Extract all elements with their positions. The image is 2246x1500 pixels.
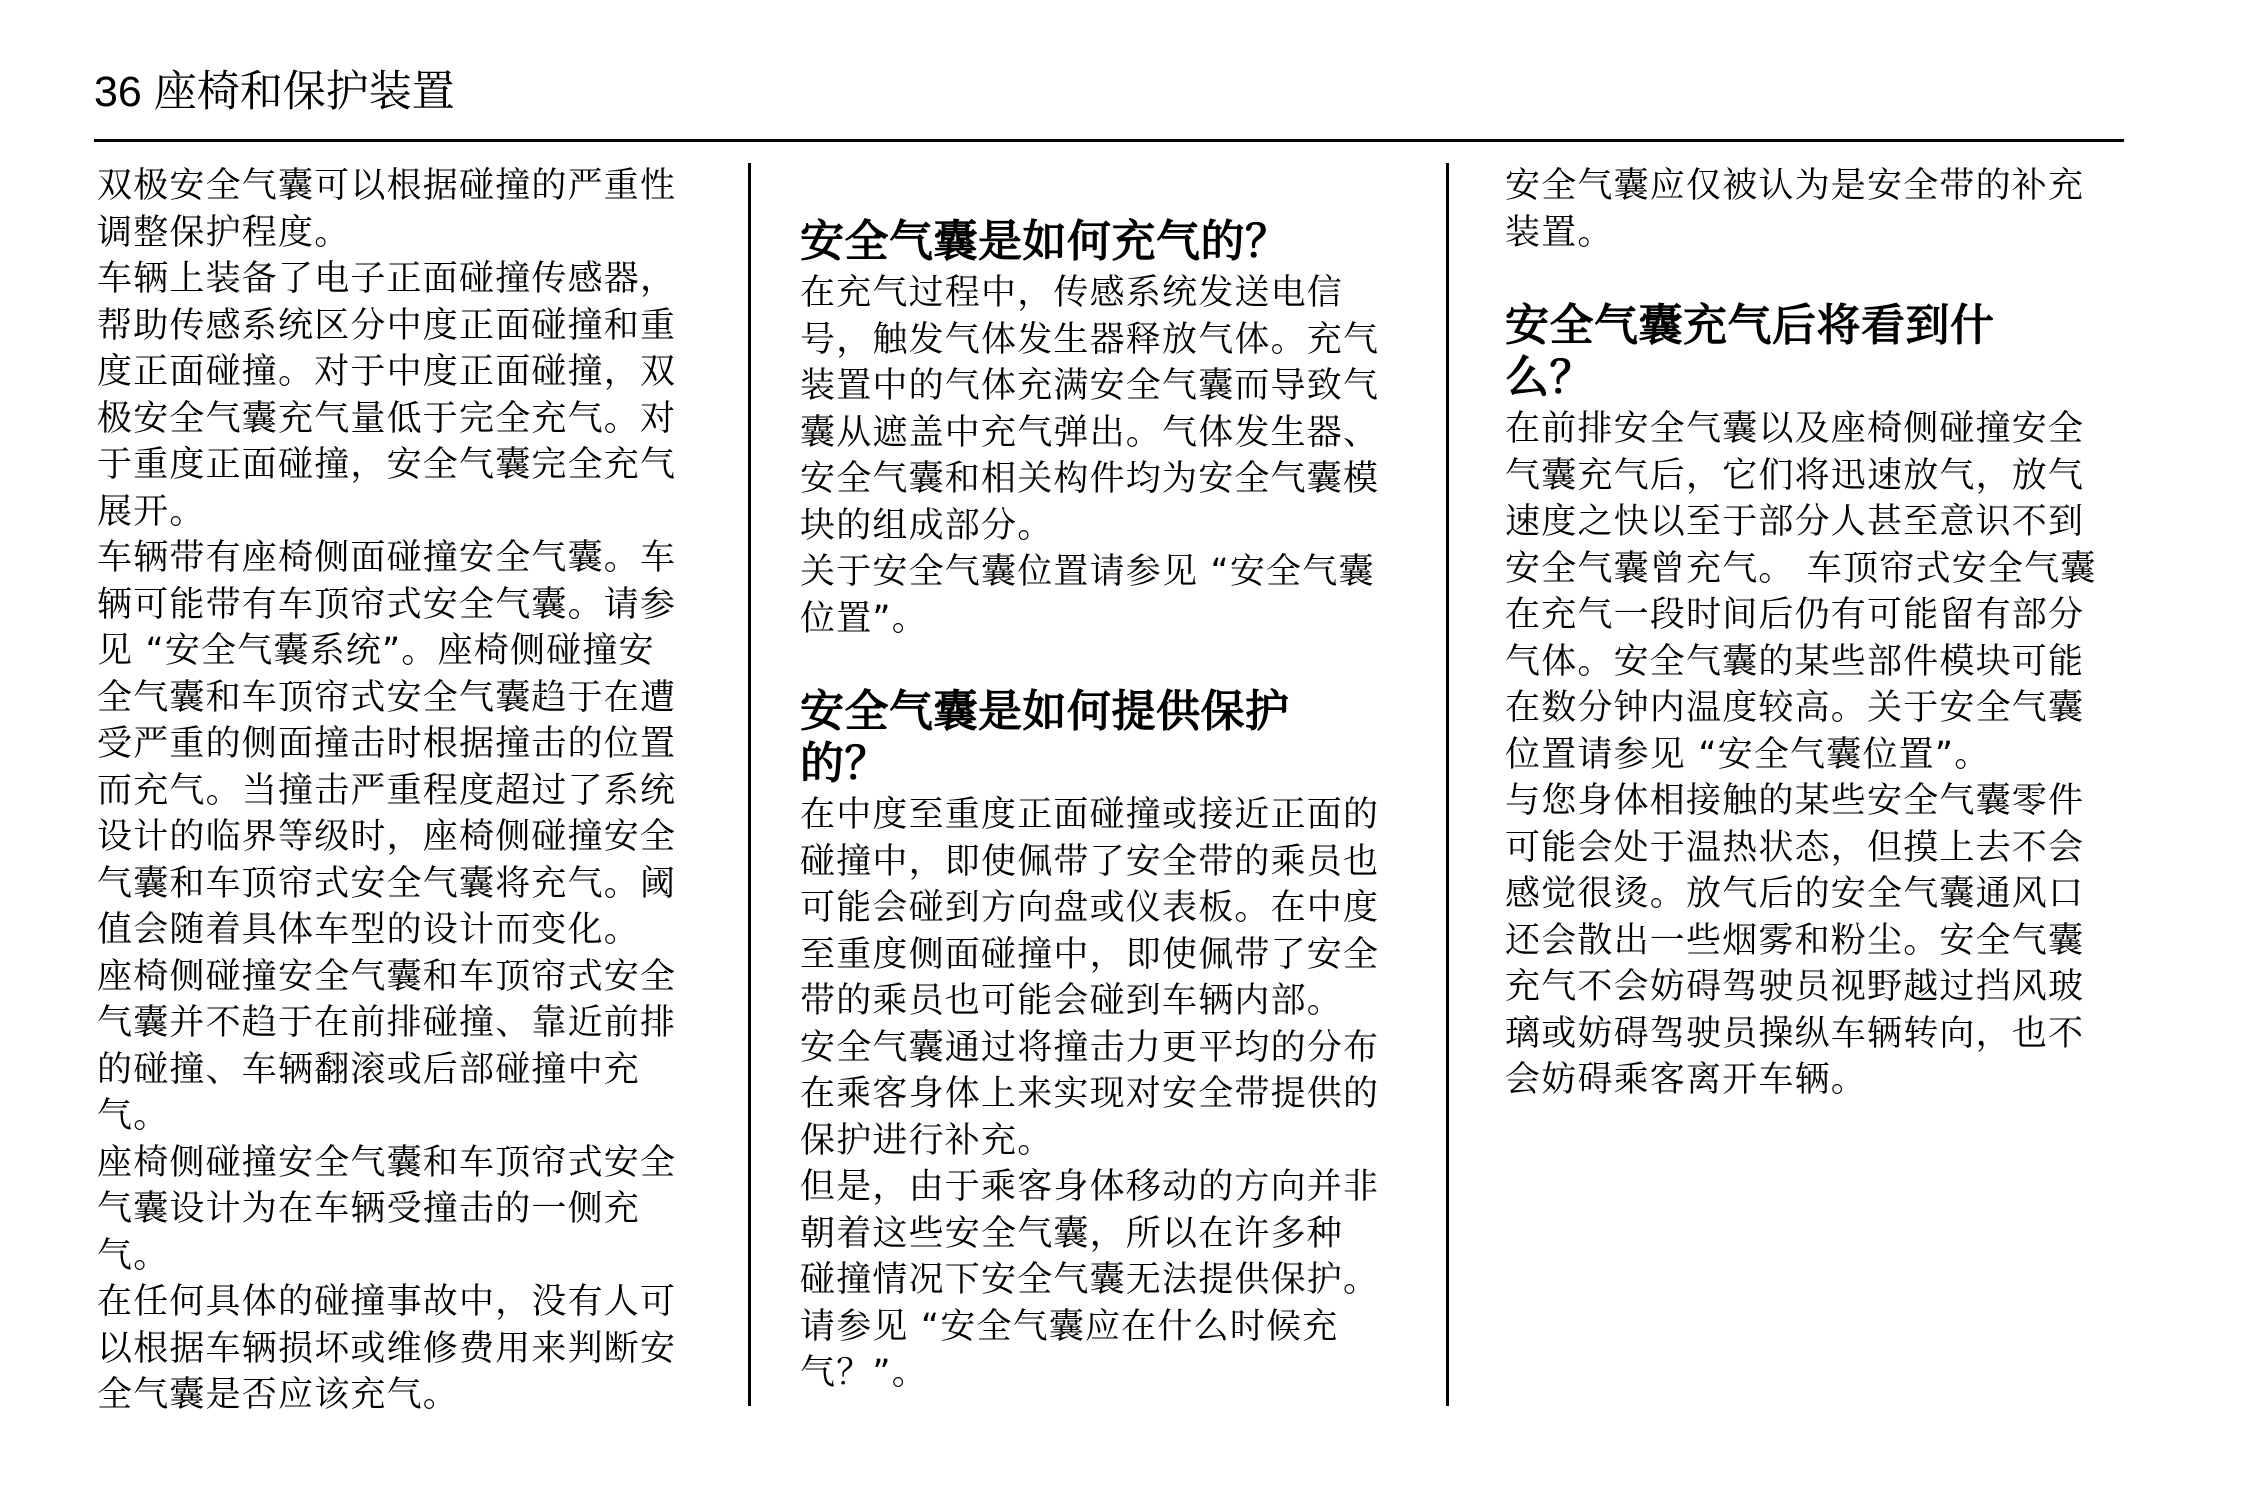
text-line: 气囊和车顶帘式安全气囊将充气。阈	[97, 861, 727, 908]
section-heading: 安全气囊是如何提供保护的？	[800, 686, 1430, 790]
column-middle: 安全气囊是如何充气的？在充气过程中，传感系统发送电信号，触发气体发生器释放气体。…	[800, 168, 1430, 1397]
section-heading: 安全气囊是如何充气的？	[800, 216, 1430, 268]
text-line: 与您身体相接触的某些安全气囊零件	[1505, 778, 2135, 825]
text-line: 位置”。	[800, 596, 1430, 643]
text-line: 车辆上装备了电子正面碰撞传感器，	[97, 256, 727, 303]
text-line: 设计的临界等级时，座椅侧碰撞安全	[97, 814, 727, 861]
heading-line: 安全气囊充气后将看到什	[1505, 300, 2135, 352]
text-line: 但是，由于乘客身体移动的方向并非	[800, 1164, 1430, 1211]
text-line: 在充气一段时间后仍有可能留有部分	[1505, 592, 2135, 639]
text-line: 号，触发气体发生器释放气体。充气	[800, 317, 1430, 364]
text-line: 的碰撞、车辆翻滚或后部碰撞中充	[97, 1047, 727, 1094]
text-line: 而充气。当撞击严重程度超过了系统	[97, 768, 727, 815]
text-line: 全气囊是否应该充气。	[97, 1372, 727, 1419]
text-line: 充气不会妨碍驾驶员视野越过挡风玻	[1505, 964, 2135, 1011]
text-line: 在中度至重度正面碰撞或接近正面的	[800, 792, 1430, 839]
text-line: 气。	[97, 1093, 727, 1140]
text-line: 璃或妨碍驾驶员操纵车辆转向，也不	[1505, 1011, 2135, 1058]
column-right: 安全气囊应仅被认为是安全带的补充装置。安全气囊充气后将看到什么？在前排安全气囊以…	[1505, 163, 2135, 1104]
text-line: 块的组成部分。	[800, 503, 1430, 550]
text-line: 展开。	[97, 489, 727, 536]
text-line: 保护进行补充。	[800, 1118, 1430, 1165]
text-line: 关于安全气囊位置请参见 “安全气囊	[800, 549, 1430, 596]
heading-line: 安全气囊是如何充气的？	[800, 216, 1430, 268]
page-header: 36 座椅和保护装置	[94, 66, 455, 118]
text-line: 会妨碍乘客离开车辆。	[1505, 1057, 2135, 1104]
text-line: 受严重的侧面撞击时根据撞击的位置	[97, 721, 727, 768]
text-line: 请参见 “安全气囊应在什么时候充	[800, 1304, 1430, 1351]
text-line: 在乘客身体上来实现对安全带提供的	[800, 1071, 1430, 1118]
text-line: 座椅侧碰撞安全气囊和车顶帘式安全	[97, 954, 727, 1001]
text-line: 带的乘员也可能会碰到车辆内部。	[800, 978, 1430, 1025]
text-line: 气。	[97, 1233, 727, 1280]
body-paragraph: 座椅侧碰撞安全气囊和车顶帘式安全气囊并不趋于在前排碰撞、靠近前排的碰撞、车辆翻滚…	[97, 954, 727, 1140]
text-line: 气囊并不趋于在前排碰撞、靠近前排	[97, 1000, 727, 1047]
body-paragraph: 与您身体相接触的某些安全气囊零件可能会处于温热状态，但摸上去不会感觉很烫。放气后…	[1505, 778, 2135, 1104]
text-line: 安全气囊应仅被认为是安全带的补充	[1505, 163, 2135, 210]
body-paragraph: 在任何具体的碰撞事故中，没有人可以根据车辆损坏或维修费用来判断安全气囊是否应该充…	[97, 1279, 727, 1419]
text-line: 在前排安全气囊以及座椅侧碰撞安全	[1505, 406, 2135, 453]
column-divider-right	[1446, 163, 1449, 1406]
text-line: 值会随着具体车型的设计而变化。	[97, 907, 727, 954]
text-line: 气体。安全气囊的某些部件模块可能	[1505, 639, 2135, 686]
text-line: 在任何具体的碰撞事故中，没有人可	[97, 1279, 727, 1326]
heading-line: 安全气囊是如何提供保护	[800, 686, 1430, 738]
text-line: 气？”。	[800, 1350, 1430, 1397]
text-line: 气囊设计为在车辆受撞击的一侧充	[97, 1186, 727, 1233]
text-line: 至重度侧面碰撞中，即使佩带了安全	[800, 932, 1430, 979]
text-line: 气囊充气后，它们将迅速放气，放气	[1505, 453, 2135, 500]
text-line: 以根据车辆损坏或维修费用来判断安	[97, 1326, 727, 1373]
text-line: 座椅侧碰撞安全气囊和车顶帘式安全	[97, 1140, 727, 1187]
text-line: 感觉很烫。放气后的安全气囊通风口	[1505, 871, 2135, 918]
body-paragraph: 车辆上装备了电子正面碰撞传感器，帮助传感系统区分中度正面碰撞和重度正面碰撞。对于…	[97, 256, 727, 535]
text-line: 帮助传感系统区分中度正面碰撞和重	[97, 303, 727, 350]
body-paragraph: 但是，由于乘客身体移动的方向并非朝着这些安全气囊，所以在许多种碰撞情况下安全气囊…	[800, 1164, 1430, 1397]
text-line: 在数分钟内温度较高。关于安全气囊	[1505, 685, 2135, 732]
text-line: 还会散出一些烟雾和粉尘。安全气囊	[1505, 918, 2135, 965]
text-line: 速度之快以至于部分人甚至意识不到	[1505, 499, 2135, 546]
text-line: 朝着这些安全气囊，所以在许多种	[800, 1211, 1430, 1258]
text-line: 碰撞中，即使佩带了安全带的乘员也	[800, 839, 1430, 886]
text-line: 见 “安全气囊系统”。座椅侧碰撞安	[97, 628, 727, 675]
text-line: 车辆带有座椅侧面碰撞安全气囊。车	[97, 535, 727, 582]
column-divider-left	[748, 163, 751, 1406]
text-line: 囊从遮盖中充气弹出。气体发生器、	[800, 410, 1430, 457]
text-line: 碰撞情况下安全气囊无法提供保护。	[800, 1257, 1430, 1304]
text-line: 辆可能带有车顶帘式安全气囊。请参	[97, 582, 727, 629]
text-line: 度正面碰撞。对于中度正面碰撞，双	[97, 349, 727, 396]
text-line: 安全气囊通过将撞击力更平均的分布	[800, 1025, 1430, 1072]
section-heading: 安全气囊充气后将看到什么？	[1505, 300, 2135, 404]
text-line: 安全气囊曾充气。 车顶帘式安全气囊	[1505, 546, 2135, 593]
body-paragraph: 座椅侧碰撞安全气囊和车顶帘式安全气囊设计为在车辆受撞击的一侧充气。	[97, 1140, 727, 1280]
text-line: 位置请参见 “安全气囊位置”。	[1505, 732, 2135, 779]
heading-line: 么？	[1505, 352, 2135, 404]
text-line: 调整保护程度。	[97, 210, 727, 257]
text-line: 可能会处于温热状态，但摸上去不会	[1505, 825, 2135, 872]
body-paragraph: 在前排安全气囊以及座椅侧碰撞安全气囊充气后，它们将迅速放气，放气速度之快以至于部…	[1505, 406, 2135, 778]
body-paragraph: 车辆带有座椅侧面碰撞安全气囊。车辆可能带有车顶帘式安全气囊。请参见 “安全气囊系…	[97, 535, 727, 954]
text-line: 可能会碰到方向盘或仪表板。在中度	[800, 885, 1430, 932]
text-line: 极安全气囊充气量低于完全充气。对	[97, 396, 727, 443]
body-paragraph: 安全气囊通过将撞击力更平均的分布在乘客身体上来实现对安全带提供的保护进行补充。	[800, 1025, 1430, 1165]
body-paragraph: 在中度至重度正面碰撞或接近正面的碰撞中，即使佩带了安全带的乘员也可能会碰到方向盘…	[800, 792, 1430, 1025]
heading-line: 的？	[800, 738, 1430, 790]
body-paragraph: 双极安全气囊可以根据碰撞的严重性调整保护程度。	[97, 163, 727, 256]
body-paragraph: 在充气过程中，传感系统发送电信号，触发气体发生器释放气体。充气装置中的气体充满安…	[800, 270, 1430, 549]
body-paragraph: 安全气囊应仅被认为是安全带的补充装置。	[1505, 163, 2135, 256]
text-line: 在充气过程中，传感系统发送电信	[800, 270, 1430, 317]
text-line: 装置。	[1505, 210, 2135, 257]
header-rule	[94, 139, 2124, 142]
page-header-title: 36 座椅和保护装置	[94, 68, 455, 116]
text-line: 于重度正面碰撞，安全气囊完全充气	[97, 442, 727, 489]
text-line: 全气囊和车顶帘式安全气囊趋于在遭	[97, 675, 727, 722]
body-paragraph: 关于安全气囊位置请参见 “安全气囊位置”。	[800, 549, 1430, 642]
column-left: 双极安全气囊可以根据碰撞的严重性调整保护程度。车辆上装备了电子正面碰撞传感器，帮…	[97, 163, 727, 1419]
text-line: 安全气囊和相关构件均为安全气囊模	[800, 456, 1430, 503]
text-line: 装置中的气体充满安全气囊而导致气	[800, 363, 1430, 410]
text-line: 双极安全气囊可以根据碰撞的严重性	[97, 163, 727, 210]
